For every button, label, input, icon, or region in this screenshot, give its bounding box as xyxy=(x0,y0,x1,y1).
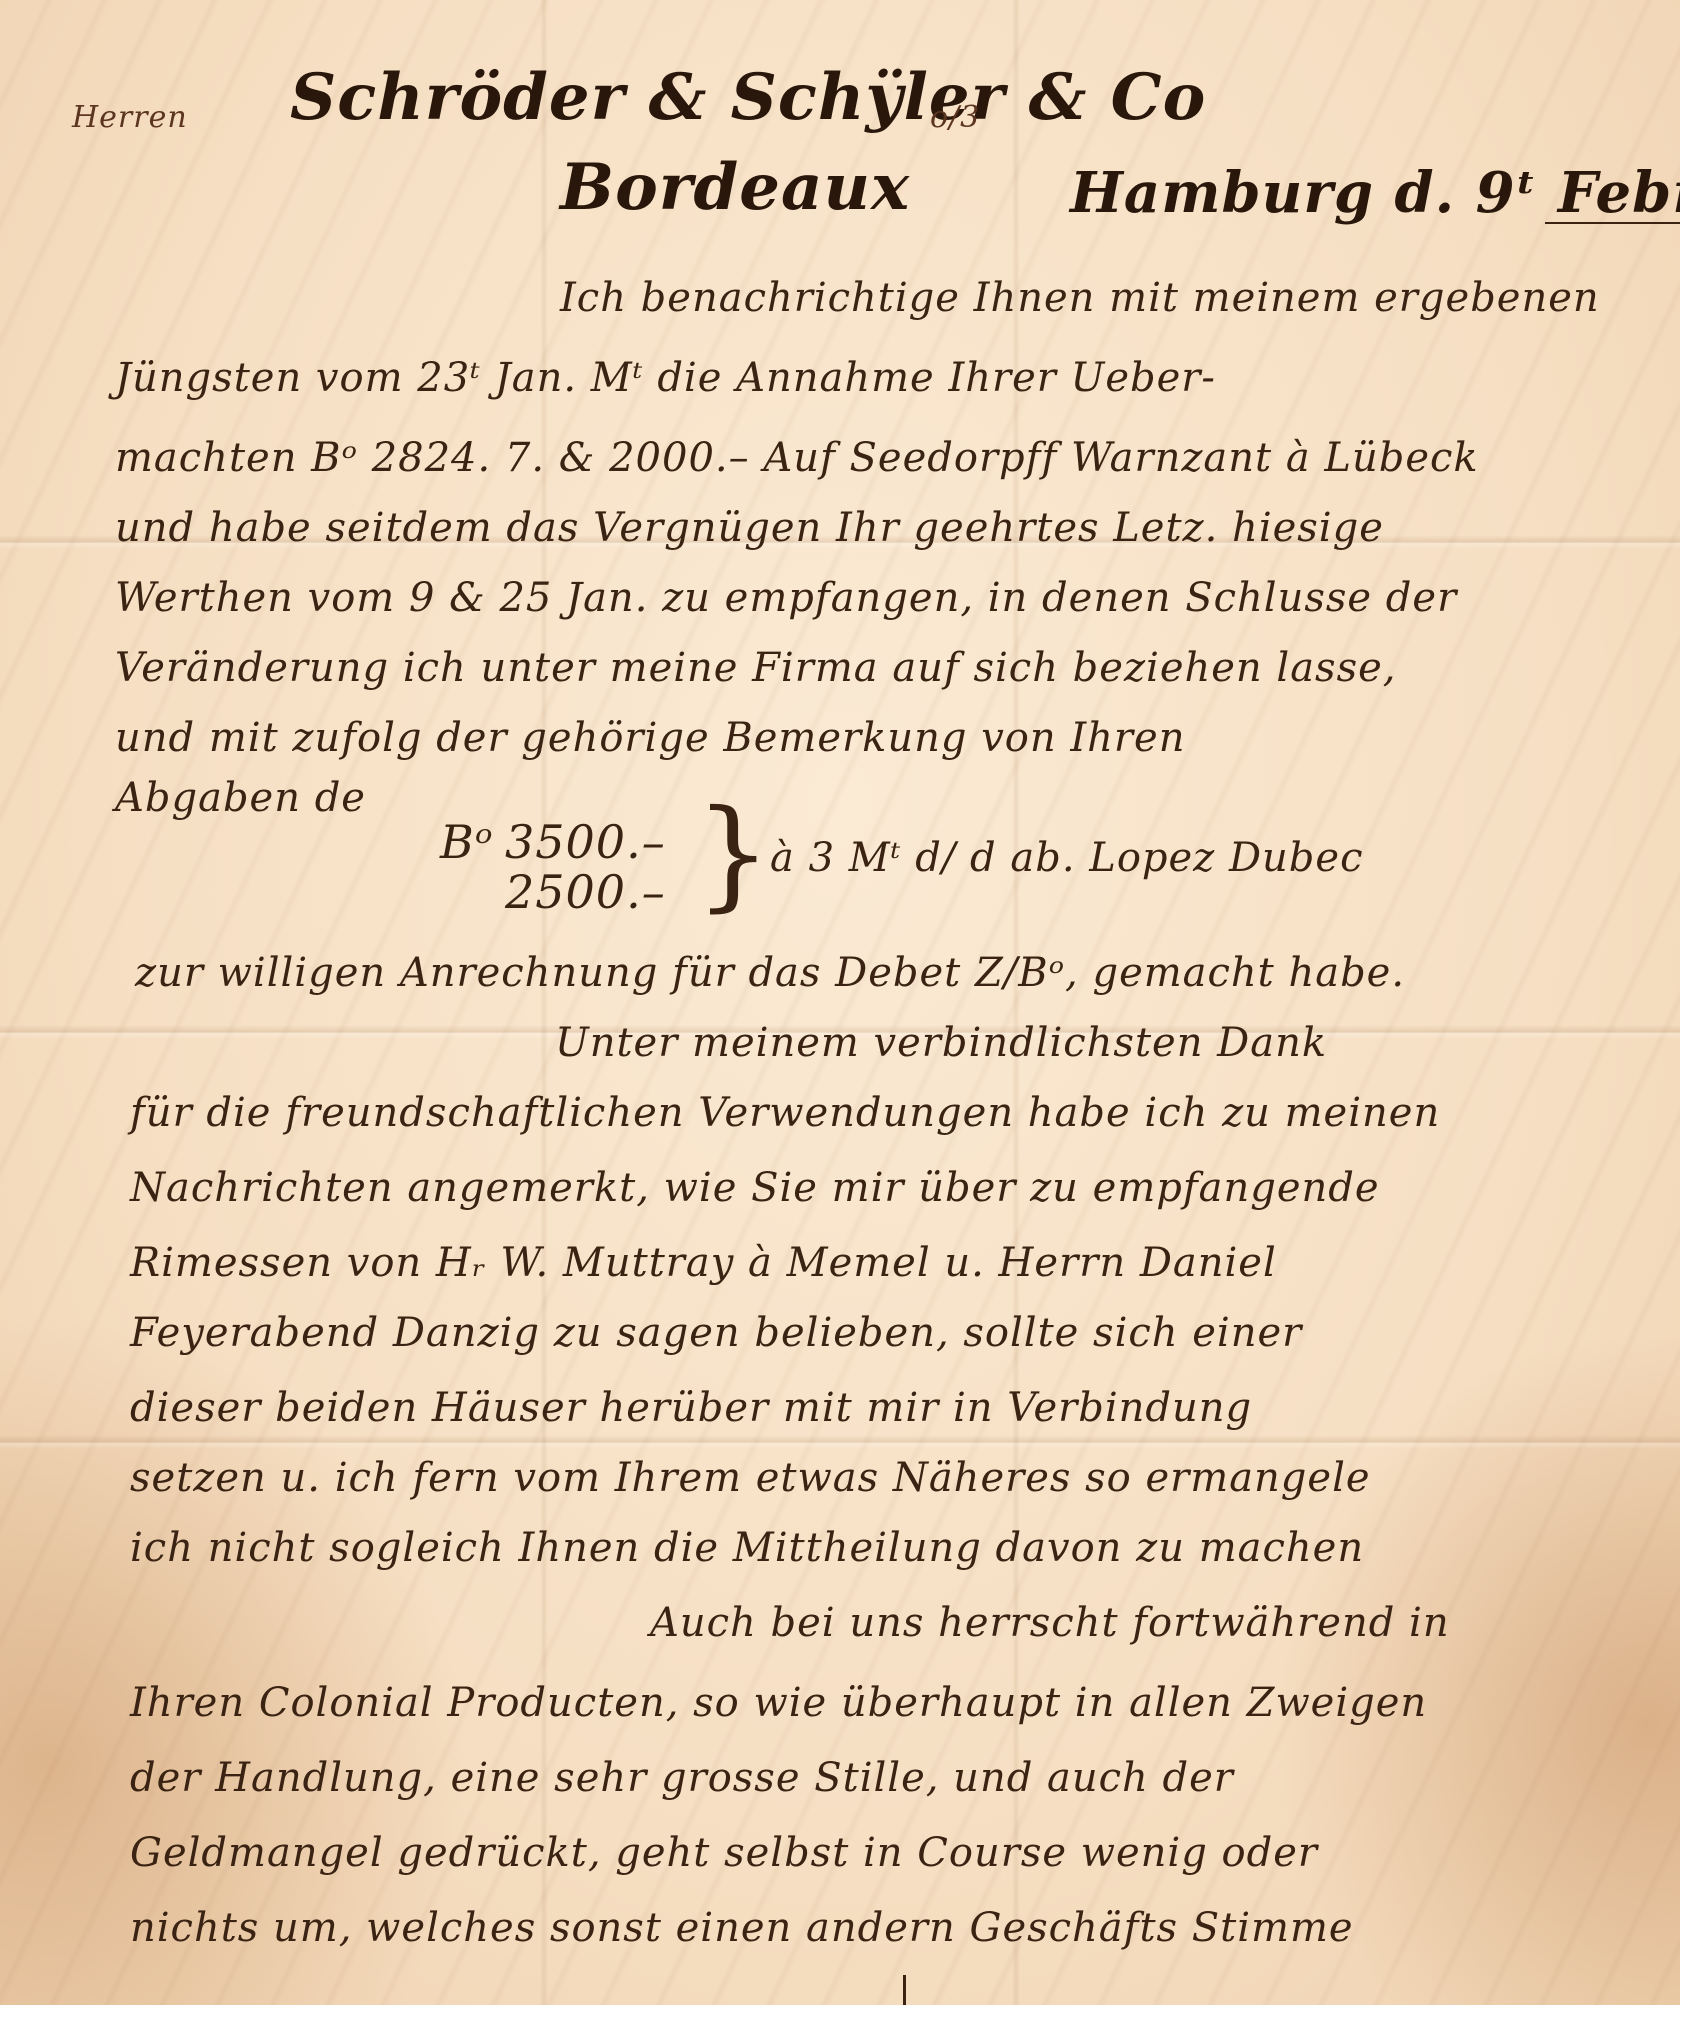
body-line: Geldmangel gedrückt, geht selbst in Cour… xyxy=(130,1830,1318,1876)
body-line: der Handlung, eine sehr grosse Stille, u… xyxy=(130,1755,1234,1801)
brace-mark: } xyxy=(695,795,771,915)
body-line: Unter meinem verbindlichsten Dank xyxy=(555,1020,1327,1066)
body-line: dieser beiden Häuser herüber mit mir in … xyxy=(130,1385,1252,1431)
body-line: für die freundschaftlichen Verwendungen … xyxy=(130,1090,1440,1136)
page-continuation-mark xyxy=(903,1975,906,2005)
amount-line-2: 2500.– xyxy=(505,865,666,919)
addressee: Schröder & Schÿler & Co xyxy=(290,60,1206,135)
body-line: Auch bei uns herrscht fortwährend in xyxy=(650,1600,1450,1646)
body-line: zur willigen Anrechnung für das Debet Z/… xyxy=(135,950,1405,996)
addressee-suffix: o/3 xyxy=(930,100,980,135)
body-line: und mit zufolg der gehörige Bemerkung vo… xyxy=(115,715,1185,761)
letter-page: Herren Schröder & Schÿler & Co o/3 Borde… xyxy=(0,0,1680,2005)
place-and-date: Hamburg d. 9ᵗ Febr. 1816 xyxy=(1070,160,1680,226)
body-line: machten Bᵒ 2824. 7. & 2000.– Auf Seedorp… xyxy=(115,435,1479,481)
body-line: Ich benachrichtige Ihnen mit meinem erge… xyxy=(560,275,1600,321)
body-line: Veränderung ich unter meine Firma auf si… xyxy=(115,645,1396,691)
body-line: setzen u. ich fern vom Ihrem etwas Näher… xyxy=(130,1455,1371,1501)
body-line: Ihren Colonial Producten, so wie überhau… xyxy=(130,1680,1427,1726)
date-underline xyxy=(1545,222,1680,224)
salutation-prefix: Herren xyxy=(72,100,188,135)
paper-fold xyxy=(0,1435,1680,1449)
body-line: ich nicht sogleich Ihnen die Mittheilung… xyxy=(130,1525,1364,1571)
amount-terms: à 3 Mᵗ d/ d ab. Lopez Dubec xyxy=(770,835,1363,881)
body-line: Jüngsten vom 23ᵗ Jan. Mᵗ die Annahme Ihr… xyxy=(115,355,1216,401)
body-line: Abgaben de xyxy=(115,775,366,821)
amount-currency: Bᵒ xyxy=(440,815,494,869)
body-line: Nachrichten angemerkt, wie Sie mir über … xyxy=(130,1165,1380,1211)
addressee-city: Bordeaux xyxy=(560,150,910,225)
body-line: nichts um, welches sonst einen andern Ge… xyxy=(130,1905,1354,1951)
amount-line-1: 3500.– xyxy=(505,815,666,869)
body-line: und habe seitdem das Vergnügen Ihr geehr… xyxy=(115,505,1384,551)
body-line: Feyerabend Danzig zu sagen belieben, sol… xyxy=(130,1310,1302,1356)
body-line: Werthen vom 9 & 25 Jan. zu empfangen, in… xyxy=(115,575,1457,621)
body-line: Rimessen von Hᵣ W. Muttray à Memel u. He… xyxy=(130,1240,1277,1286)
